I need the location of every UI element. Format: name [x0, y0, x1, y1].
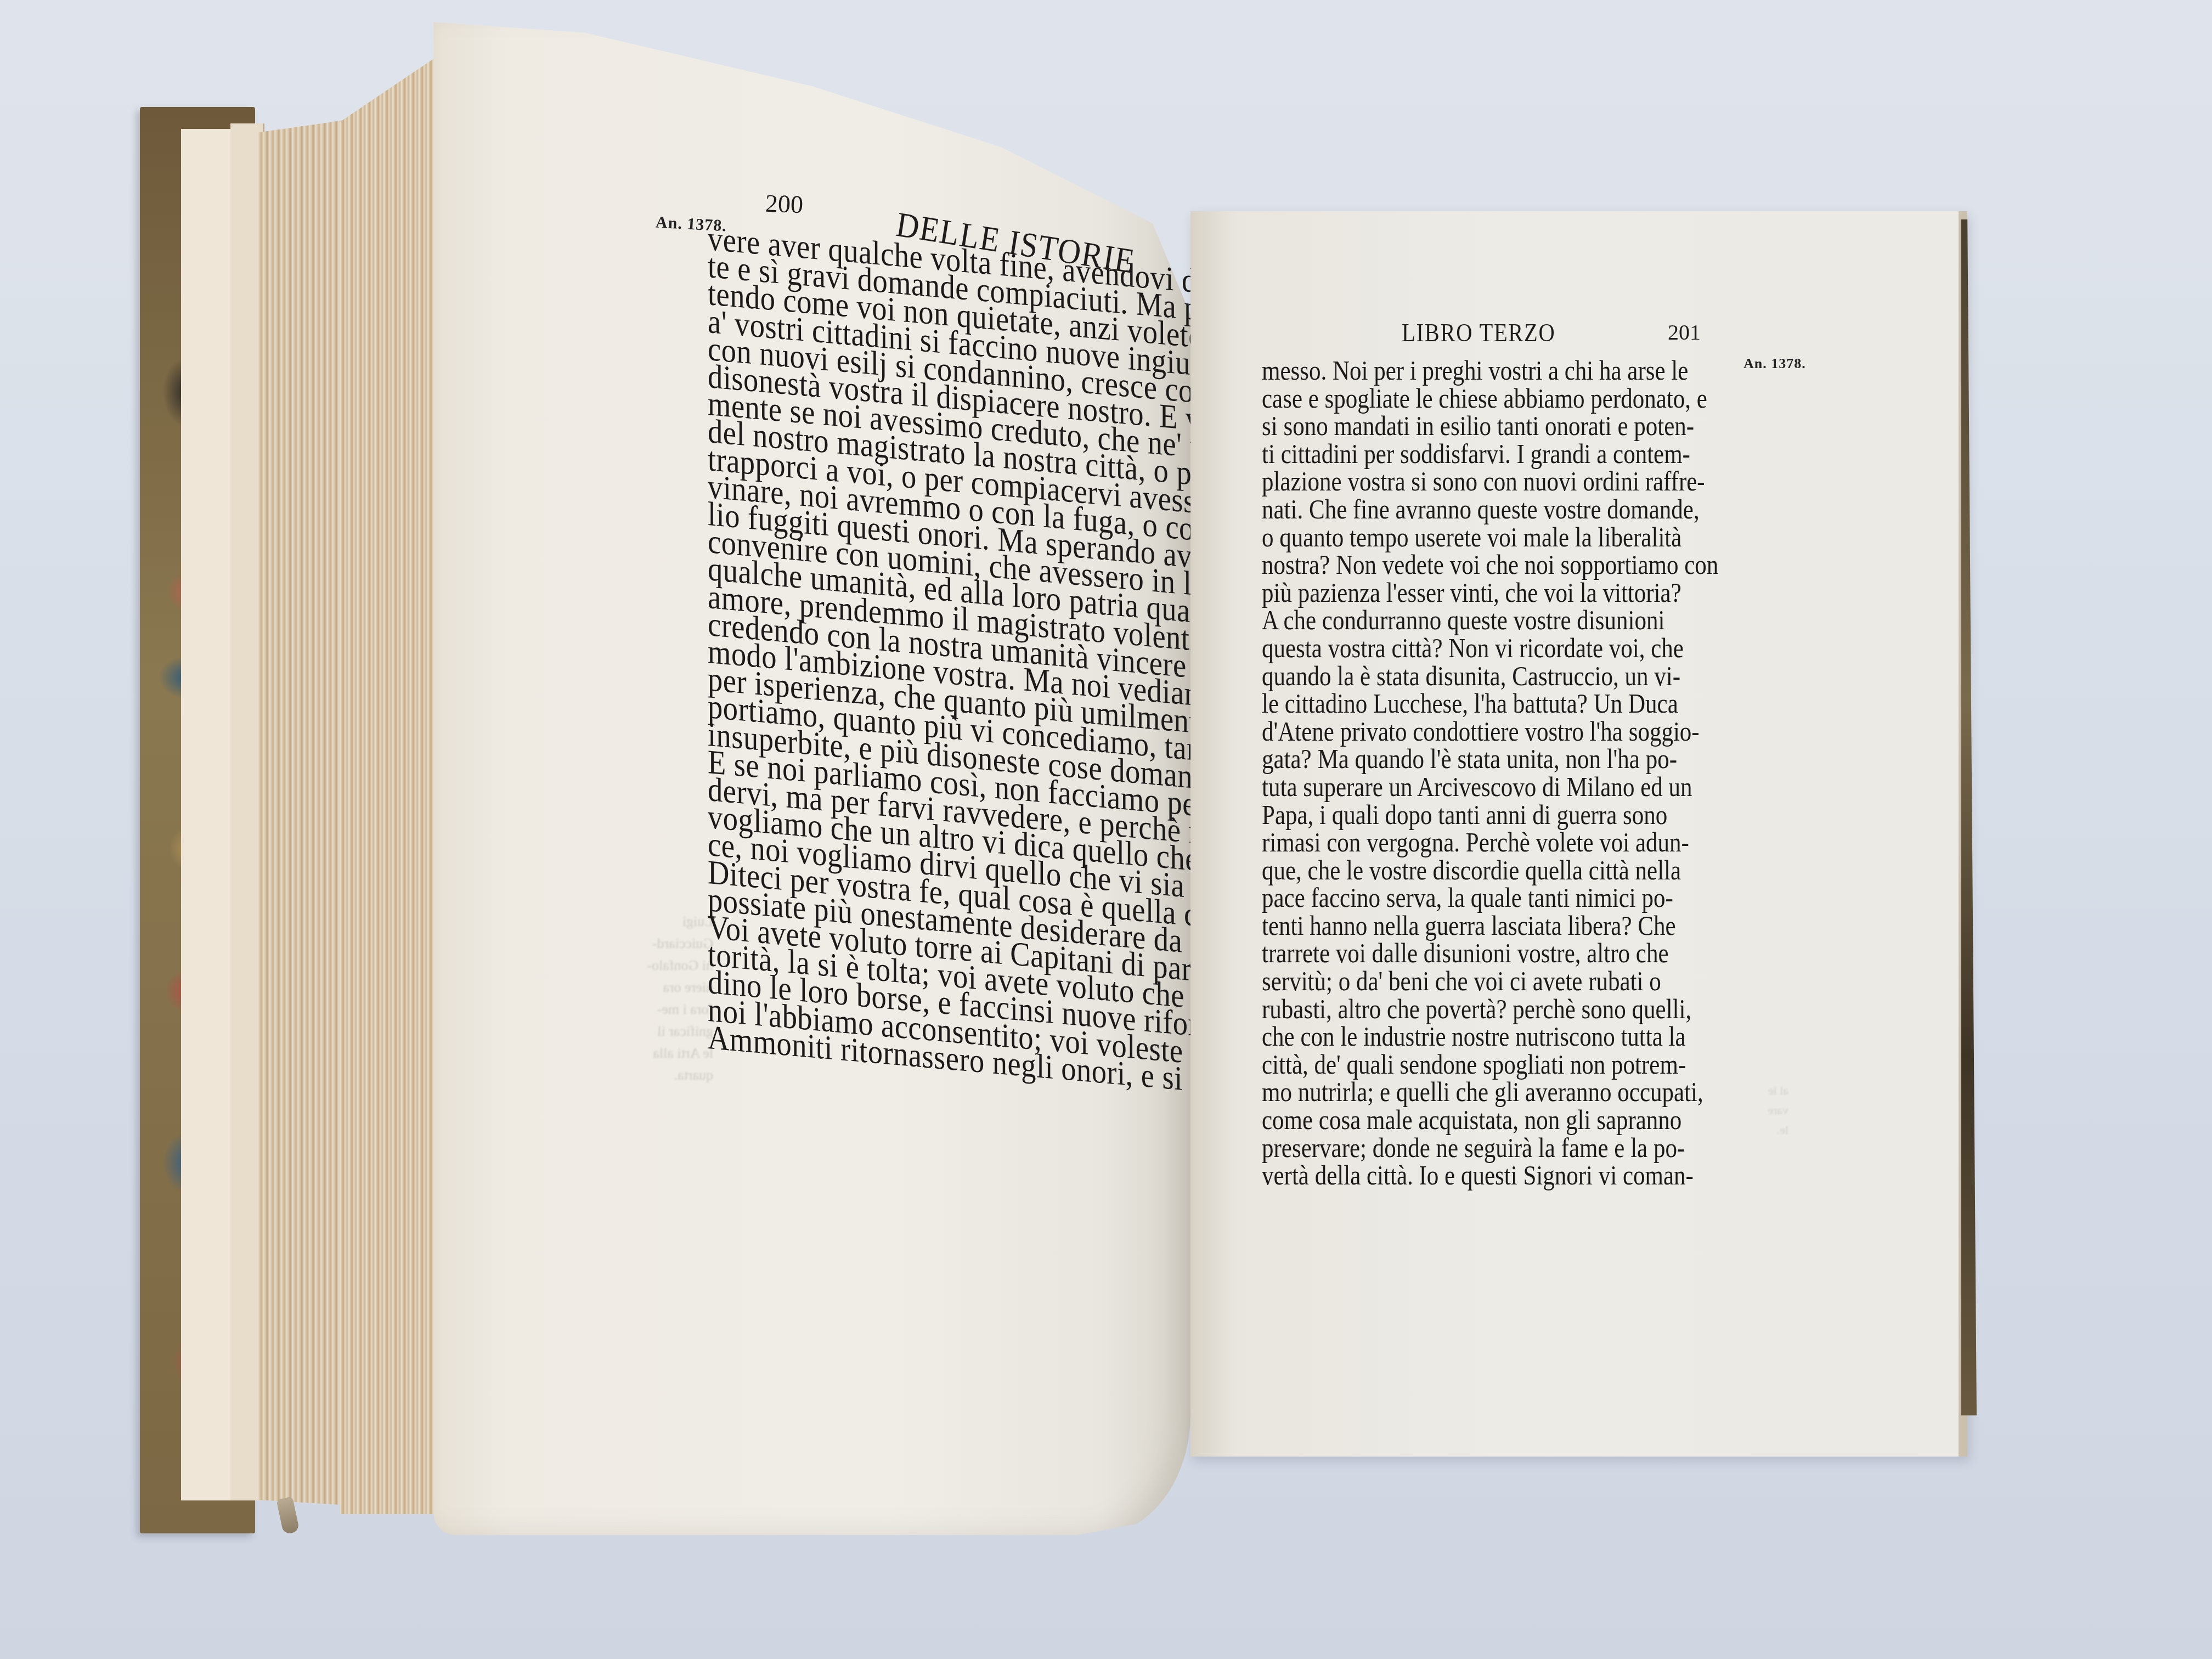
text-line: vertà della città. Io e questi Signori v… — [1262, 1161, 1734, 1189]
text-line: città, de' quali sendone spogliati non p… — [1262, 1051, 1734, 1079]
text-line: tenti hanno nella guerra lasciata libera… — [1262, 912, 1734, 940]
text-line: trarrete voi dalle disunioni vostre, alt… — [1262, 939, 1734, 967]
text-line: d'Atene privato condottiere vostro l'ha … — [1262, 718, 1734, 746]
open-book: 200 DELLE ISTORIE An. 1378. LuigiGuiccia… — [0, 0, 2212, 1659]
text-line: rimasi con vergogna. Perchè volete voi a… — [1262, 828, 1734, 856]
text-line: tuta superare un Arcivescovo di Milano e… — [1262, 773, 1734, 801]
text-line: ti cittadini per soddisfarvi. I grandi a… — [1262, 440, 1734, 468]
text-line: gata? Ma quando l'è stata unita, non l'h… — [1262, 745, 1734, 773]
text-line: nostra? Non vedete voi che noi sopportia… — [1262, 551, 1734, 579]
flyleaf — [181, 129, 238, 1500]
bleed-through-text: LuigiGuicciard-ni Gonfalo-niere orafora … — [614, 911, 713, 1086]
text-line: pace faccino serva, la quale tanti nimic… — [1262, 884, 1734, 912]
text-line: messo. Noi per i preghi vostri a chi ha … — [1262, 357, 1734, 385]
left-page-body: vere aver qualche volta fine, avendovi d… — [708, 225, 1142, 1089]
text-line: A che condurranno queste vostre disunion… — [1262, 606, 1734, 634]
text-line: Papa, i quali dopo tanti anni di guerra … — [1262, 801, 1734, 829]
left-page-number: 200 — [765, 189, 804, 219]
text-line: questa vostra città? Non vi ricordate vo… — [1262, 634, 1734, 662]
text-line: case e spogliate le chiese abbiamo perdo… — [1262, 385, 1734, 413]
text-line: o quanto tempo userete voi male la liber… — [1262, 523, 1734, 551]
right-page-body: messo. Noi per i preghi vostri a chi ha … — [1262, 357, 1734, 1189]
marbled-front-cover-edge — [1961, 219, 1977, 1415]
text-line: que, che le vostre discordie quella citt… — [1262, 856, 1734, 884]
text-line: le cittadino Lucchese, l'ha battuta? Un … — [1262, 690, 1734, 718]
text-line: che con le industrie nostre nutriscono t… — [1262, 1023, 1734, 1051]
text-line: plazione vostra si sono con nuovi ordini… — [1262, 467, 1734, 495]
right-margin-year: An. 1378. — [1743, 356, 1806, 372]
text-line: quando la è stata disunita, Castruccio, … — [1262, 662, 1734, 690]
text-line: come cosa male acquistata, non gli sapra… — [1262, 1106, 1734, 1134]
text-line: mo nutrirla; e quelli che gli averanno o… — [1262, 1078, 1734, 1106]
right-page-number: 201 — [1668, 319, 1701, 345]
right-running-head: LIBRO TERZO — [1402, 318, 1556, 347]
text-line: si sono mandati in esilio tanti onorati … — [1262, 412, 1734, 440]
text-line: nati. Che fine avranno queste vostre dom… — [1262, 495, 1734, 523]
text-line: rubasti, altro che povertà? perchè sono … — [1262, 995, 1734, 1023]
text-line: servitù; o da' beni che voi ci avete rub… — [1262, 967, 1734, 995]
text-line: preservare; donde ne seguirà la fame e l… — [1262, 1134, 1734, 1162]
text-line: più pazienza l'esser vinti, che voi la v… — [1262, 579, 1734, 607]
bleed-through-text: al levarele. — [1739, 1081, 1788, 1140]
